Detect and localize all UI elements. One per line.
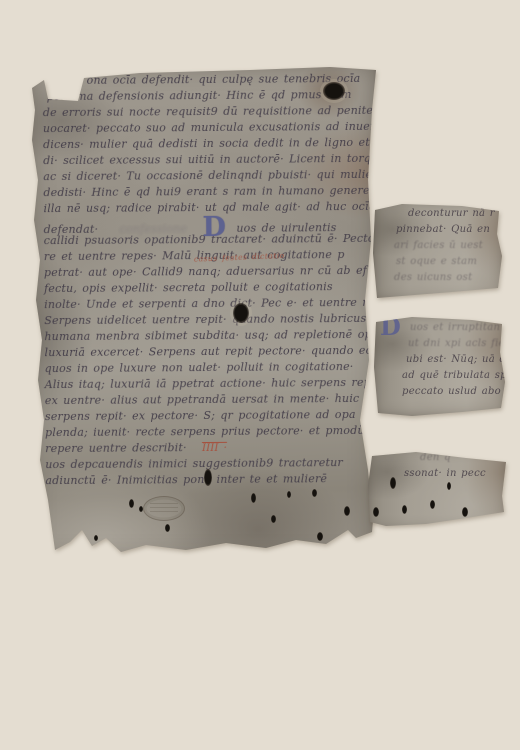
ink-speck (139, 506, 143, 512)
text-segment: repere uentre describit· (45, 441, 187, 455)
fragment1-text-block: deconturur nā r pinnebat· Quā en ari fac… (394, 206, 495, 286)
illuminated-initial-d: D (380, 315, 401, 339)
manuscript-stub-fragment-2: D uos et irruptitan ut dni xpi acls fied… (372, 312, 508, 418)
text-line: uos et irruptitan (402, 320, 515, 336)
parchment-surface: D uos et irruptitan ut dni xpi acls fied… (372, 312, 508, 418)
manuscript-stub-fragment-1: deconturur nā r pinnebat· Quā en ari fac… (372, 198, 506, 302)
ink-blot (373, 507, 379, 517)
ink-speck (271, 515, 276, 523)
text-segment: uos depcauendis inimici suggestionib9 tr… (45, 456, 343, 471)
text-line: ari facies ū uest (394, 238, 495, 254)
library-stamp (143, 496, 185, 521)
ink-speck (317, 532, 323, 541)
manuscript-photo-background: ona ocīa defendit· qui culpę sue tenebri… (0, 0, 520, 750)
ink-blot (204, 469, 212, 486)
erased-text: confessione (103, 222, 191, 236)
ink-speck (251, 493, 256, 503)
text-line: den q (404, 450, 486, 466)
fragment2-text-block: uos et irruptitan ut dni xpi acls fiedi … (402, 320, 515, 400)
ink-blot (390, 477, 396, 489)
ink-blot (462, 507, 468, 517)
ink-blot (430, 500, 435, 509)
wormhole (233, 303, 249, 323)
text-line: ad quē tribulata sp (402, 368, 515, 384)
text-line: des uicuns ost (394, 270, 495, 286)
text-line: peccato uslud abo (402, 384, 515, 400)
ink-speck (94, 535, 98, 541)
paragraph-mark: Ɔ (29, 458, 40, 474)
text-line: deconturur nā r (394, 206, 495, 222)
manuscript-stub-fragment-3: den q ssonat· in pecc (366, 446, 510, 532)
rubricated-numeral: IIII · (192, 443, 227, 454)
text-line: pinnebat· Quā en (394, 222, 495, 238)
parchment-surface: den q ssonat· in pecc (366, 446, 510, 532)
wormhole (323, 82, 345, 100)
main-text-block: ona ocīa defendit· qui culpę sue tenebri… (43, 71, 370, 489)
ink-speck (165, 524, 170, 532)
illuminated-initial-d: D (196, 220, 231, 236)
text-line: st oque e stam (394, 254, 495, 270)
fragment3-text-block: den q ssonat· in pecc (404, 450, 486, 482)
text-line: ut dni xpi acls fiedi (402, 336, 515, 352)
text-line: ubi est· Nūq; uā du (402, 352, 515, 368)
ink-speck (287, 491, 291, 498)
ink-speck (129, 499, 134, 508)
parchment-surface: ona ocīa defendit· qui culpę sue tenebri… (26, 60, 378, 565)
ink-blot (447, 482, 451, 490)
ink-blot (402, 505, 407, 514)
ink-speck (344, 506, 350, 516)
text-line: ssonat· in pecc (404, 466, 486, 482)
parchment-surface: deconturur nā r pinnebat· Quā en ari fac… (372, 198, 506, 302)
ink-speck (312, 489, 317, 497)
text-line: plenda; iuenit· recte serpens prius pect… (45, 423, 369, 441)
manuscript-main-leaf: ona ocīa defendit· qui culpę sue tenebri… (26, 60, 378, 565)
